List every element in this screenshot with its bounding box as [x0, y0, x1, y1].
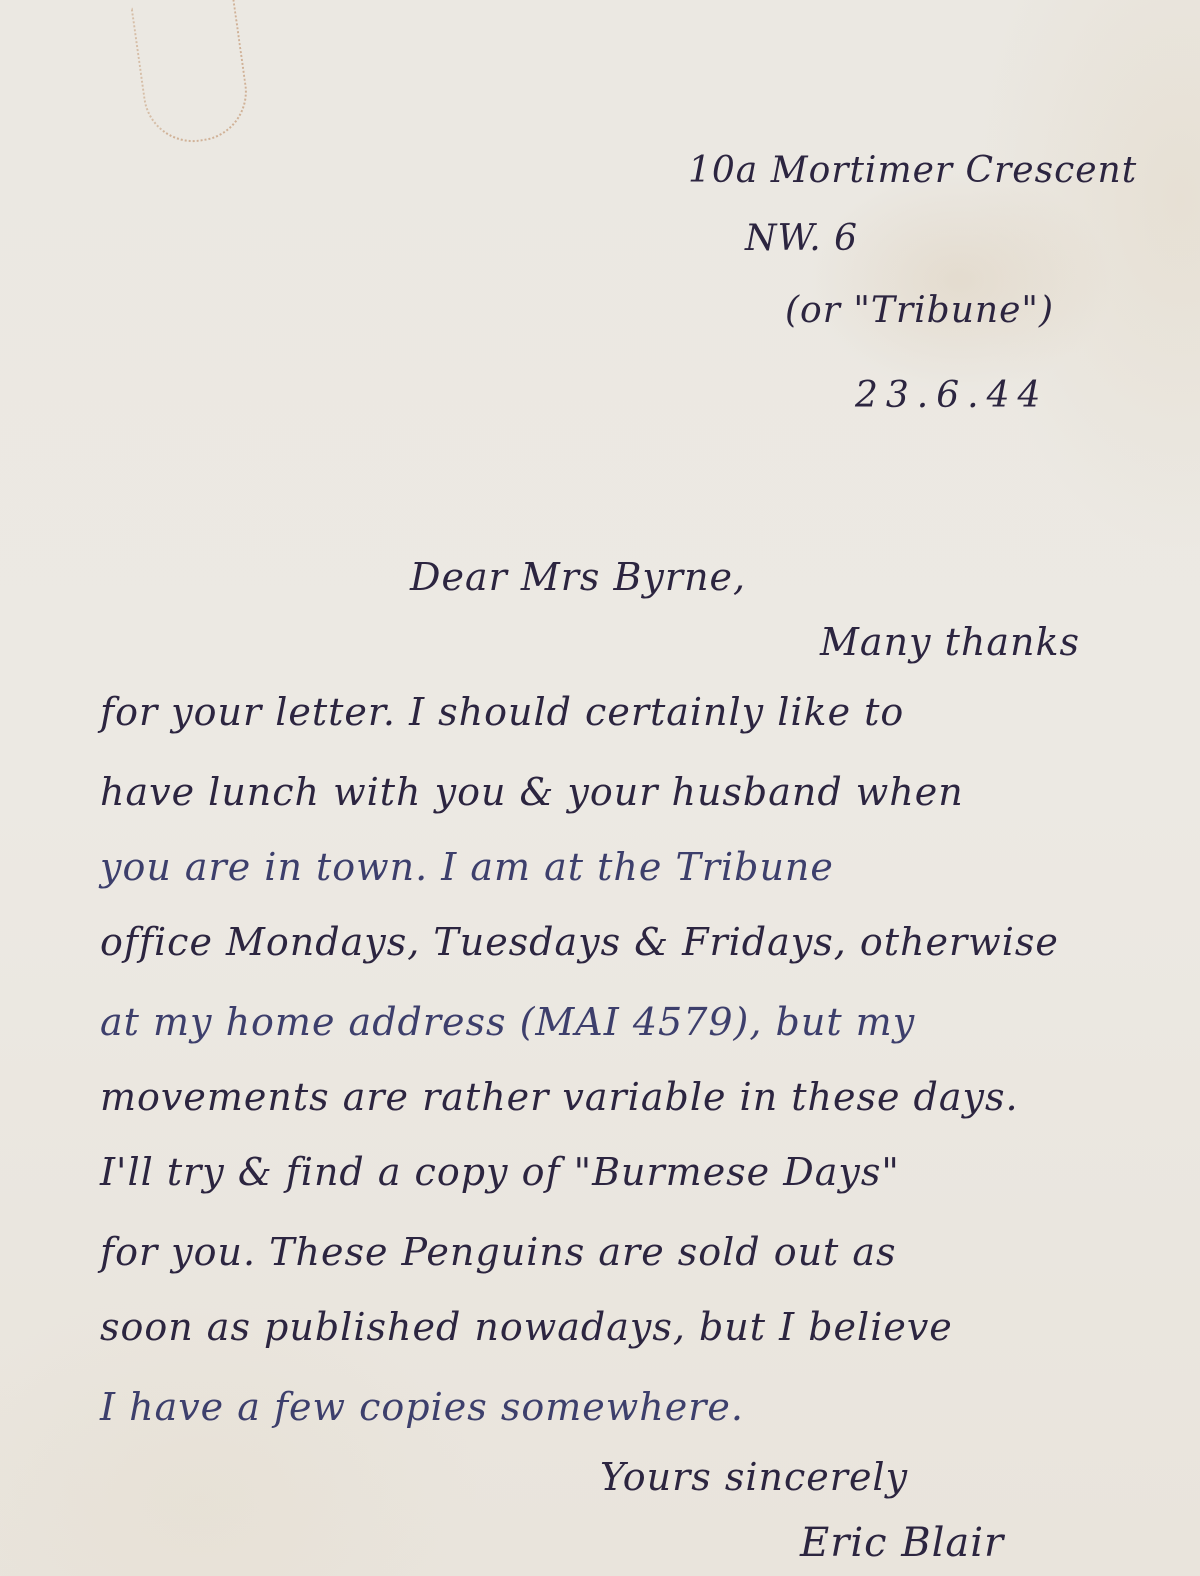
valediction: Yours sincerely [600, 1455, 908, 1499]
letter-date: 23.6.44 [855, 375, 1048, 416]
body-line-3: have lunch with you & your husband when [100, 770, 964, 814]
body-line-4: you are in town. I am at the Tribune [100, 845, 834, 889]
address-line-1: 10a Mortimer Crescent [688, 150, 1137, 191]
body-line-11: I have a few copies somewhere. [100, 1385, 744, 1429]
address-line-2: NW. 6 [745, 218, 858, 259]
body-line-10: soon as published nowadays, but I believ… [100, 1305, 953, 1349]
body-line-8: I'll try & find a copy of "Burmese Days" [100, 1150, 900, 1194]
signature: Eric Blair [800, 1520, 1004, 1566]
address-line-3: (or "Tribune") [785, 290, 1054, 331]
body-line-2: for your letter. I should certainly like… [100, 690, 904, 734]
body-line-5: office Mondays, Tuesdays & Fridays, othe… [100, 920, 1059, 964]
body-line-6: at my home address (MAI 4579), but my [100, 1000, 915, 1044]
body-line-1: Many thanks [820, 620, 1080, 664]
salutation: Dear Mrs Byrne, [410, 555, 746, 599]
body-line-7: movements are rather variable in these d… [100, 1075, 1019, 1119]
body-line-9: for you. These Penguins are sold out as [100, 1230, 897, 1274]
